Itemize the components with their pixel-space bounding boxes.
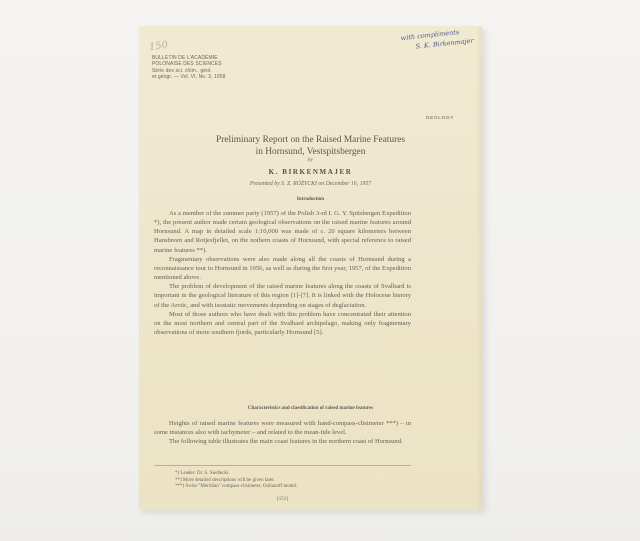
paragraph: The following table illustrates the main… [154, 437, 411, 446]
intro-heading: Introduction [139, 197, 482, 202]
page-number: [151] [139, 497, 426, 502]
paragraph: Fragmentary observations were also made … [154, 255, 411, 282]
footnotes: *) Leader: Dr. S. Siedlecki. **) More de… [175, 471, 297, 491]
journal-header-line: et géogr. — Vol. VI, No. 3, 1958 [152, 74, 226, 80]
author-name: K. BIRKENMAJER [139, 168, 482, 176]
journal-header: BULLETIN DE L'ACADÉMIE POLONAISE DES SCI… [152, 55, 226, 81]
footnote: **) More detailed descriptions will be g… [175, 478, 297, 485]
section-label: GEOLOGY [426, 116, 454, 121]
pencil-annotation: 150 [148, 40, 168, 54]
byline-by: by [139, 157, 482, 163]
presented-by: Presented by S. Z. RÓŻYCKI on December 1… [139, 181, 482, 187]
article-title: Preliminary Report on the Raised Marine … [139, 134, 482, 158]
paragraph: Most of those authors who have dealt wit… [154, 310, 411, 337]
title-line: Preliminary Report on the Raised Marine … [139, 134, 482, 146]
paragraph: Heights of raised marine features were m… [154, 419, 411, 437]
document-page: 150 BULLETIN DE L'ACADÉMIE POLONAISE DES… [139, 26, 482, 510]
paragraph: As a member of the summer party (1957) o… [154, 209, 411, 255]
journal-header-line: POLONAISE DES SCIENCES [152, 61, 226, 67]
paragraph: The problem of development of the raised… [154, 282, 411, 309]
characteristics-heading: Characteristics and classification of ra… [139, 406, 482, 411]
footnote-divider [154, 465, 411, 466]
footnote: ***) Swiss "Meridian" compass-clisimeter… [175, 484, 297, 491]
intro-body: As a member of the summer party (1957) o… [154, 209, 411, 337]
characteristics-body: Heights of raised marine features were m… [154, 419, 411, 446]
footnote: *) Leader: Dr. S. Siedlecki. [175, 471, 297, 478]
handwritten-inscription: with compliments S. K. Birkenmajer [400, 25, 482, 53]
